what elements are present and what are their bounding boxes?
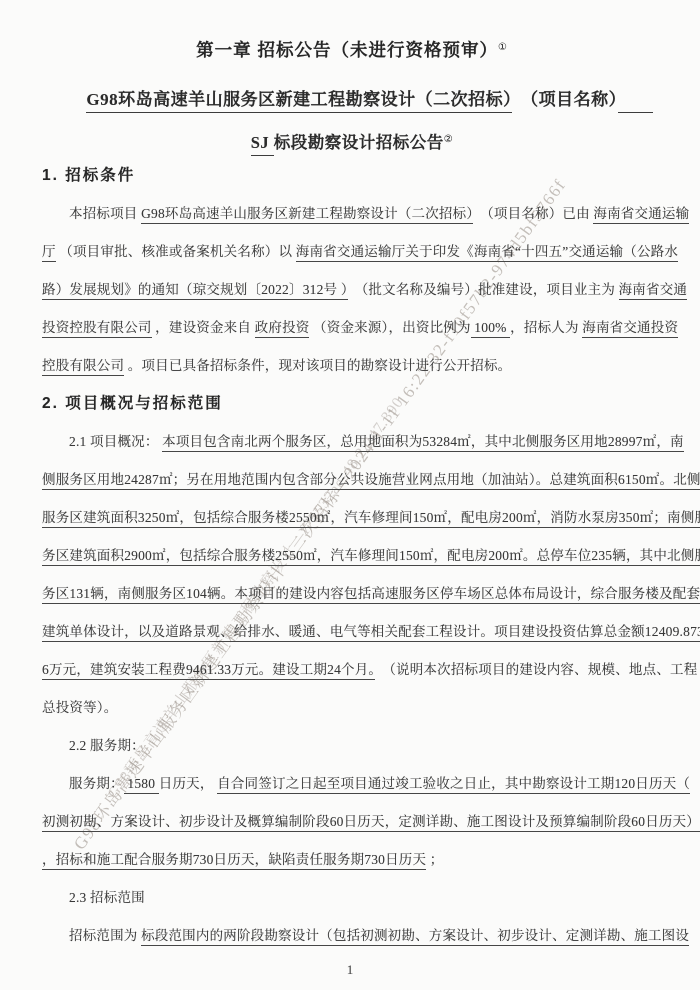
filled-in-field xyxy=(618,90,653,113)
text-segment: 日历天， xyxy=(159,776,217,791)
document-text-line: 路）发展规划》的通知（琼交规划〔2022〕312号 ） （批文名称及编号）批准建… xyxy=(42,271,662,309)
filled-in-field: 自合同签订之日起至项目通过竣工验收之日止，其中勘察设计工期120日历天（ xyxy=(217,776,690,794)
section-title-text: SJ 标段勘察设计招标公告 xyxy=(251,133,444,156)
document-text-line: ，招标和施工配合服务期730日历天，缺陷责任服务期730日历天 ； xyxy=(42,841,662,879)
filled-in-field: 投资控股有限公司 xyxy=(42,320,152,338)
filled-in-field: 政府投资 xyxy=(255,320,310,338)
text-segment: ； xyxy=(426,852,443,867)
filled-in-field: 海南省交通运输 xyxy=(593,206,689,224)
text-segment: 2.3 招标范围 xyxy=(69,890,145,905)
document-body: 1. 招标条件本招标项目 G98环岛高速羊山服务区新建工程勘察设计（二次招标） … xyxy=(42,157,662,955)
section-heading: 2. 项目概况与招标范围 xyxy=(42,385,662,423)
filled-in-field: 本项目包含南北两个服务区，总用地面积为53284㎡，其中北侧服务区用地28997… xyxy=(162,434,684,452)
filled-in-field: 控股有限公司 xyxy=(42,358,124,376)
filled-in-field: 务区131辆，南侧服务区104辆。本项目的建设内容包括高速服务区停车场区总体布局… xyxy=(42,586,700,604)
filled-in-field: 6万元，建筑安装工程费9461.33万元。建设工期24个月。 xyxy=(42,662,375,680)
filled-in-field: 建筑单体设计，以及道路景观、给排水、暖通、电气等相关配套工程设计。项目建设投资估… xyxy=(42,624,700,642)
text-segment: （资金来源），出资比例为 xyxy=(309,320,470,335)
text-segment: （说明本次招标项目的建设内容、规模、地点、工程 xyxy=(375,662,697,677)
filled-in-field: 路）发展规划》的通知（琼交规划〔2022〕312号 ） xyxy=(42,282,348,300)
document-text-line: 2.3 招标范围 xyxy=(42,879,662,917)
document-page: 第一章 招标公告（未进行资格预审）① G98环岛高速羊山服务区新建工程勘察设计（… xyxy=(0,0,700,990)
text-segment: 。项目已具备招标条件，现对该项目的勘察设计进行公开招标。 xyxy=(124,358,511,373)
text-segment: 服务期： xyxy=(69,776,124,791)
section-title-line: SJ 标段勘察设计招标公告② xyxy=(42,128,662,155)
document-text-line: 2.2 服务期： xyxy=(42,727,662,765)
text-segment: 标段勘察设计招标公告 xyxy=(274,133,444,152)
text-segment: （项目名称） xyxy=(512,90,618,109)
text-segment: ，招标人为 xyxy=(510,320,582,335)
filled-in-field: 海南省交通投资 xyxy=(582,320,678,338)
document-text-line: 厅 （项目审批、核准或备案机关名称）以 海南省交通运输厅关于印发《海南省“十四五… xyxy=(42,233,662,271)
document-text-line: 本招标项目 G98环岛高速羊山服务区新建工程勘察设计（二次招标） （项目名称）已… xyxy=(42,195,662,233)
document-text-line: 侧服务区用地24287㎡；另在用地范围内包含部分公共设施营业网点用地（加油站）。… xyxy=(42,461,662,499)
filled-in-field: 务区建筑面积2900㎡，包括综合服务楼2550㎡，汽车修理间150㎡，配电房20… xyxy=(42,548,700,566)
filled-in-field: 海南省交通运输厅关于印发《海南省“十四五”交通运输（公路水 xyxy=(296,244,678,262)
text-segment: （项目审批、核准或备案机关名称）以 xyxy=(56,244,296,259)
filled-in-field: 100% xyxy=(471,320,510,338)
filled-in-field: 1580 xyxy=(124,776,159,794)
document-text-line: 务区131辆，南侧服务区104辆。本项目的建设内容包括高速服务区停车场区总体布局… xyxy=(42,575,662,613)
project-title-line: G98环岛高速羊山服务区新建工程勘察设计（二次招标） （项目名称） xyxy=(42,88,662,112)
filled-in-field: SJ xyxy=(251,133,274,156)
text-segment: 招标范围为 xyxy=(69,928,141,943)
scanned-document: { "watermark": { "line1": "G98环岛高速羊山服务区新… xyxy=(0,0,700,990)
footnote-marker-1: ① xyxy=(498,42,508,53)
text-segment: 2.2 服务期： xyxy=(69,738,145,753)
filled-in-field: 海南省交通 xyxy=(619,282,688,300)
chapter-title: 第一章 招标公告（未进行资格预审）① xyxy=(42,36,662,62)
filled-in-field: 厅 xyxy=(42,244,56,262)
document-text-line: 务区建筑面积2900㎡，包括综合服务楼2550㎡，汽车修理间150㎡，配电房20… xyxy=(42,537,662,575)
filled-in-field: 标段范围内的两阶段勘察设计（包括初测初勘、方案设计、初步设计、定测详勘、施工图设 xyxy=(141,928,689,946)
text-segment: 2.1 项目概况： xyxy=(69,434,162,449)
document-text-line: 服务区建筑面积3250㎡，包括综合服务楼2550㎡，汽车修理间150㎡，配电房2… xyxy=(42,499,662,537)
document-text-line: 招标范围为 标段范围内的两阶段勘察设计（包括初测初勘、方案设计、初步设计、定测详… xyxy=(42,917,662,955)
section-heading: 1. 招标条件 xyxy=(42,157,662,195)
filled-in-field: G98环岛高速羊山服务区新建工程勘察设计（二次招标） xyxy=(86,90,512,113)
text-segment: （批文名称及编号）批准建设，项目业主为 xyxy=(348,282,619,297)
document-text-line: 投资控股有限公司 ，建设资金来自 政府投资 （资金来源），出资比例为 100% … xyxy=(42,309,662,347)
page-number: 1 xyxy=(0,962,700,978)
document-text-line: 控股有限公司 。项目已具备招标条件，现对该项目的勘察设计进行公开招标。 xyxy=(42,347,662,385)
filled-in-field: 侧服务区用地24287㎡；另在用地范围内包含部分公共设施营业网点用地（加油站）。… xyxy=(42,472,700,490)
document-text-line: 服务期： 1580 日历天， 自合同签订之日起至项目通过竣工验收之日止，其中勘察… xyxy=(42,765,662,803)
filled-in-field: 服务区建筑面积3250㎡，包括综合服务楼2550㎡，汽车修理间150㎡，配电房2… xyxy=(42,510,700,528)
text-segment: 总投资等）。 xyxy=(42,700,117,715)
text-segment: ，建设资金来自 xyxy=(152,320,255,335)
text-segment: （项目名称）已由 xyxy=(473,206,593,221)
filled-in-field: ，招标和施工配合服务期730日历天，缺陷责任服务期730日历天 xyxy=(42,852,426,870)
document-text-line: 初测初勘、方案设计、初步设计及概算编制阶段60日历天，定测详勘、施工图设计及预算… xyxy=(42,803,662,841)
chapter-title-text: 第一章 招标公告（未进行资格预审） xyxy=(196,40,498,60)
document-text-line: 6万元，建筑安装工程费9461.33万元。建设工期24个月。 （说明本次招标项目… xyxy=(42,651,662,689)
filled-in-field: 初测初勘、方案设计、初步设计及概算编制阶段60日历天，定测详勘、施工图设计及预算… xyxy=(42,814,700,832)
document-text-line: 总投资等）。 xyxy=(42,689,662,727)
filled-in-field: G98环岛高速羊山服务区新建工程勘察设计（二次招标） xyxy=(141,206,473,224)
text-segment: 本招标项目 xyxy=(69,206,141,221)
document-text-line: 建筑单体设计，以及道路景观、给排水、暖通、电气等相关配套工程设计。项目建设投资估… xyxy=(42,613,662,651)
document-text-line: 2.1 项目概况： 本项目包含南北两个服务区，总用地面积为53284㎡，其中北侧… xyxy=(42,423,662,461)
footnote-marker-2: ② xyxy=(444,134,453,145)
